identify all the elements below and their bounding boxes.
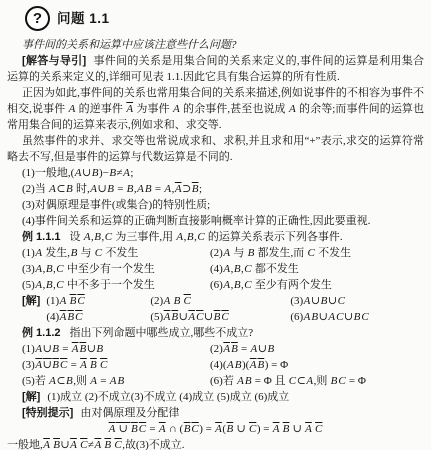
- special-tip: [特别提示]由对偶原理及分配律: [7, 405, 424, 421]
- example-1-item-4: (4)A,B,C 都不发生: [210, 261, 424, 277]
- special-tip-intro: 由对偶原理及分配律: [80, 407, 179, 419]
- example-1-answer-3: (3)A∪B∪C: [290, 293, 424, 309]
- example-1-item-3: (3)A,B,C 中至少有一个发生: [22, 261, 210, 277]
- example-1-item-1: (1)A 发生,B 与 C 不发生: [22, 245, 210, 261]
- guide-paragraph-1: [解答与导引]事件间的关系是用集合间的关系来定义的,事件间的运算是利用集合运算的…: [7, 53, 424, 85]
- example-2-solution-label: [解]: [22, 391, 40, 403]
- example-1-answer-2: (2)A B C: [150, 293, 290, 309]
- example-1-solution: [解] (1)A BC (2)A B C (3)A∪B∪C (4)ABC (5)…: [7, 293, 424, 325]
- note-line-2: (2)当 A⊂B 时,A∪B = B,AB = A,A⊃B;: [7, 181, 424, 197]
- example-2-statement: 指出下列命题中哪些成立,哪些不成立?: [70, 327, 254, 339]
- tip-formula: A ∪ BC = A ∩ (BC) = A(B ∪ C) = A B ∪ A C: [7, 421, 424, 437]
- special-tip-label: [特别提示]: [22, 407, 73, 419]
- example-2-solution: [解](1)成立 (2)不成立(3)不成立 (4)成立 (5)成立 (6)成立: [7, 389, 424, 405]
- guide-paragraph-3: 虽然事件的求并、求交等也常说成求和、求积,并且求和用“+”表示,求交的运算符常略…: [7, 133, 424, 165]
- example-1-item-2: (2)A 与 B 都发生,而 C 不发生: [210, 245, 424, 261]
- note-line-3: (3)对偶原理是事件(或集合)的特别性质;: [7, 197, 424, 213]
- example-2-item-2: (2)AB = A∪B: [210, 341, 424, 357]
- tip-conclusion: 一般地,A B∪A C≠A B C,故(3)不成立.: [7, 437, 424, 450]
- example-1-answer-5: (5)AB∪AC∪BC: [150, 309, 290, 325]
- example-1-answer-6: (6)AB∪AC∪BC: [290, 309, 424, 325]
- example-1-answer-1: (1)A BC: [46, 293, 150, 309]
- example-2-item-4: (4)(AB)(AB) = Φ: [210, 357, 424, 373]
- example-1-items: (1)A 发生,B 与 C 不发生 (2)A 与 B 都发生,而 C 不发生 (…: [7, 245, 424, 293]
- problem-header: ? 问题 1.1: [25, 6, 424, 31]
- example-1-answer-4: (4)ABC: [46, 309, 150, 325]
- example-2-heading: 例 1.1.2指出下列命题中哪些成立,哪些不成立?: [7, 325, 424, 341]
- example-1-item-5: (5)A,B,C 中不多于一个发生: [22, 277, 210, 293]
- example-2-item-5: (5)若 A⊂B,则 A = AB: [22, 373, 210, 389]
- question-text: 事件间的关系和运算中应该注意些什么问题?: [7, 37, 424, 53]
- example-1-statement: 设 A,B,C 为三事件,用 A,B,C 的运算关系表示下列各事件.: [70, 231, 343, 243]
- example-2-solution-text: (1)成立 (2)不成立(3)不成立 (4)成立 (5)成立 (6)成立: [47, 391, 289, 403]
- note-line-1: (1)一般地,(A∪B)−B≠A;: [7, 165, 424, 181]
- example-2-item-1: (1)A∪B = AB∪B: [22, 341, 210, 357]
- example-2-label: 例 1.1.2: [22, 327, 61, 339]
- example-1-solution-label: [解]: [22, 293, 40, 309]
- problem-title: 问题 1.1: [57, 11, 110, 27]
- example-1-label: 例 1.1.1: [22, 231, 61, 243]
- note-line-4: (4)事件间关系和运算的正确判断直接影响概率计算的正确性,因此要重视.: [7, 213, 424, 229]
- example-1-answers: (1)A BC (2)A B C (3)A∪B∪C (4)ABC (5)AB∪A…: [46, 293, 424, 325]
- example-2-item-3: (3)A∪BC = A B C: [22, 357, 210, 373]
- textbook-page: ? 问题 1.1 事件间的关系和运算中应该注意些什么问题? [解答与导引]事件间…: [0, 0, 431, 450]
- guide-paragraph-2: 正因为如此,事件间的关系也常用集合间的关系来描述,例如说事件的不相容为事件不相交…: [7, 85, 424, 133]
- guide-label: [解答与导引]: [22, 55, 86, 67]
- example-1-heading: 例 1.1.1设 A,B,C 为三事件,用 A,B,C 的运算关系表示下列各事件…: [7, 229, 424, 245]
- example-2-items: (1)A∪B = AB∪B (2)AB = A∪B (3)A∪BC = A B …: [7, 341, 424, 389]
- question-mark-icon: ?: [25, 6, 50, 31]
- example-2-item-6: (6)若 AB = Φ 且 C⊂A,则 BC = Φ: [210, 373, 424, 389]
- example-1-item-6: (6)A,B,C 至少有两个发生: [210, 277, 424, 293]
